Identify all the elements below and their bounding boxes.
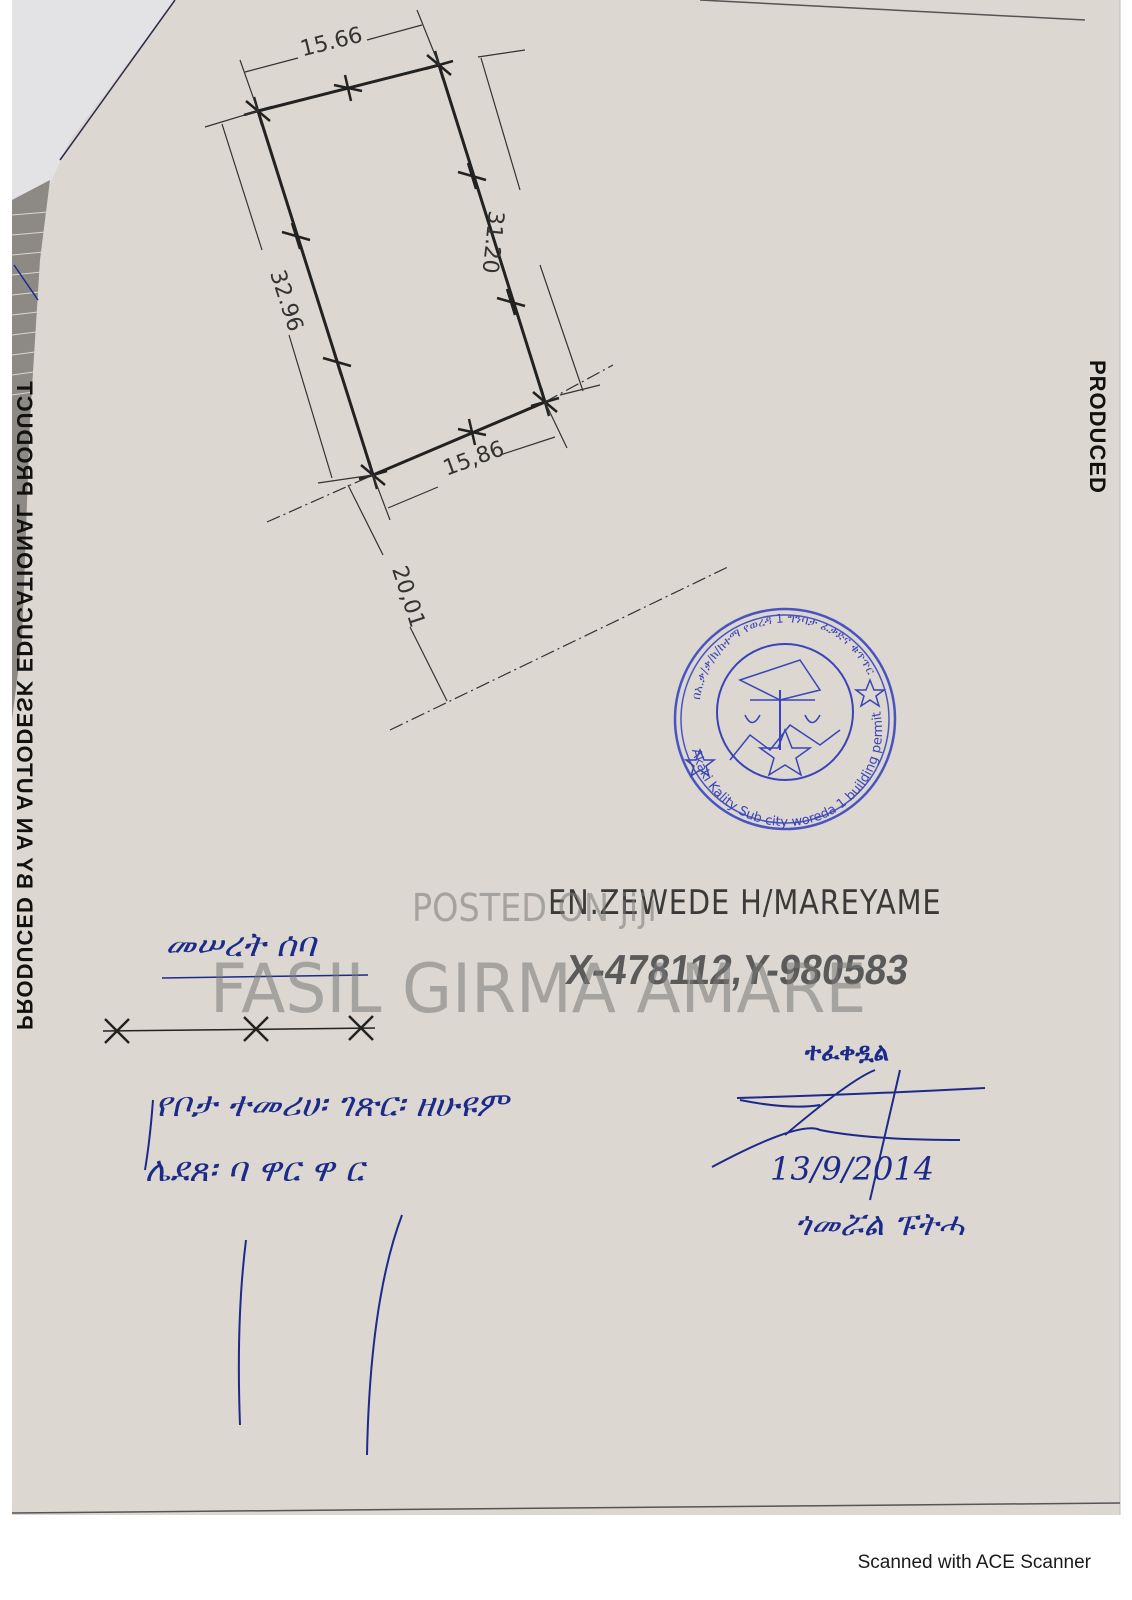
handwritten-note-line-2: ሌደጸ፡ ባ ዋር ዋ ር — [145, 1150, 364, 1190]
watermark-posted-on: POSTED ON jiji — [412, 886, 657, 930]
site-plan-drawing: Akaki Kality Sub city woreda 1 building … — [0, 0, 1132, 1600]
autodesk-watermark-left: PRODUCED BY AN AUTODESK EDUCATIONAL PROD… — [11, 380, 37, 1030]
signature-date: 13/9/2014 — [770, 1150, 934, 1188]
autodesk-watermark-right: PRODUCED — [1084, 360, 1110, 494]
approved-label: ተፈቀዷል — [805, 1037, 889, 1066]
watermark-owner-name: FASIL GIRMA AMARE — [210, 950, 866, 1029]
signature-note: ጎመሯል ፑትሓ — [795, 1205, 965, 1244]
scanner-caption: Scanned with ACE Scanner — [858, 1552, 1091, 1574]
handwritten-note-line-1: የቦታ ተመሪሀ፡ ገጽር፡ ዘሁዩም — [155, 1085, 508, 1125]
